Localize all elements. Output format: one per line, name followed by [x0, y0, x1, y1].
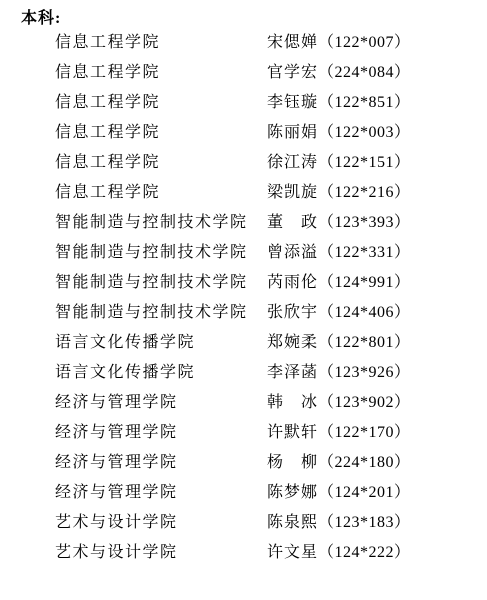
student-name: 芮雨伦 — [267, 273, 318, 293]
name-group: 许默轩（122*170） — [267, 423, 411, 443]
student-name: 董 政 — [267, 213, 318, 233]
name-group: 曾添溢（122*331） — [267, 243, 411, 263]
name-group: 徐江涛（122*151） — [267, 153, 411, 173]
college-name: 艺术与设计学院 — [55, 543, 178, 563]
name-group: 李钰璇（122*851） — [267, 93, 411, 113]
student-id: （122*003） — [318, 124, 411, 141]
student-id: （124*991） — [318, 274, 411, 291]
college-name: 信息工程学院 — [55, 63, 160, 83]
roster-row: 经济与管理学院 陈梦娜（124*201） — [0, 481, 487, 511]
name-group: 陈丽娟（122*003） — [267, 123, 411, 143]
college-name: 信息工程学院 — [55, 153, 160, 173]
roster-row: 艺术与设计学院 许文星（124*222） — [0, 541, 487, 571]
student-name: 李钰璇 — [267, 93, 318, 113]
roster-row: 信息工程学院 徐江涛（122*151） — [0, 151, 487, 181]
roster-row: 信息工程学院 官学宏（224*084） — [0, 61, 487, 91]
student-id: （124*222） — [318, 544, 411, 561]
name-group: 郑婉柔（122*801） — [267, 333, 411, 353]
college-name: 智能制造与控制技术学院 — [55, 303, 248, 323]
college-name: 智能制造与控制技术学院 — [55, 213, 248, 233]
student-name: 官学宏 — [267, 63, 318, 83]
college-name: 语言文化传播学院 — [55, 363, 195, 383]
student-name: 曾添溢 — [267, 243, 318, 263]
name-group: 陈泉熙（123*183） — [267, 513, 411, 533]
name-group: 许文星（124*222） — [267, 543, 411, 563]
name-group: 梁凯旋（122*216） — [267, 183, 411, 203]
student-id: （122*170） — [318, 424, 411, 441]
student-name: 许默轩 — [267, 423, 318, 443]
roster-row: 经济与管理学院 许默轩（122*170） — [0, 421, 487, 451]
college-name: 信息工程学院 — [55, 33, 160, 53]
student-name: 陈丽娟 — [267, 123, 318, 143]
roster-row: 经济与管理学院 韩 冰（123*902） — [0, 391, 487, 421]
college-name: 信息工程学院 — [55, 93, 160, 113]
section-title: 本科: — [21, 5, 61, 28]
name-group: 芮雨伦（124*991） — [267, 273, 411, 293]
student-id: （124*201） — [318, 484, 411, 501]
name-group: 杨 柳（224*180） — [267, 453, 411, 473]
student-id: （123*902） — [318, 394, 411, 411]
college-name: 艺术与设计学院 — [55, 513, 178, 533]
name-group: 李泽菡（123*926） — [267, 363, 411, 383]
student-id: （123*926） — [318, 364, 411, 381]
roster-row: 智能制造与控制技术学院 芮雨伦（124*991） — [0, 271, 487, 301]
college-name: 经济与管理学院 — [55, 483, 178, 503]
college-name: 智能制造与控制技术学院 — [55, 273, 248, 293]
student-name: 张欣宇 — [267, 303, 318, 323]
student-id: （123*183） — [318, 514, 411, 531]
college-name: 经济与管理学院 — [55, 453, 178, 473]
student-name: 梁凯旋 — [267, 183, 318, 203]
student-name: 郑婉柔 — [267, 333, 318, 353]
roster-row: 智能制造与控制技术学院 曾添溢（122*331） — [0, 241, 487, 271]
roster-row: 语言文化传播学院 李泽菡（123*926） — [0, 361, 487, 391]
student-name: 李泽菡 — [267, 363, 318, 383]
roster-row: 智能制造与控制技术学院 张欣宇（124*406） — [0, 301, 487, 331]
document-page: 本科: 信息工程学院 宋偲婵（122*007） 信息工程学院 官学宏（224*0… — [0, 0, 487, 600]
student-id: （124*406） — [318, 304, 411, 321]
student-id: （122*007） — [318, 34, 411, 51]
college-name: 经济与管理学院 — [55, 393, 178, 413]
student-id: （122*151） — [318, 154, 411, 171]
student-id: （122*216） — [318, 184, 411, 201]
roster-row: 智能制造与控制技术学院 董 政（123*393） — [0, 211, 487, 241]
college-name: 信息工程学院 — [55, 123, 160, 143]
roster-row: 信息工程学院 陈丽娟（122*003） — [0, 121, 487, 151]
roster-row: 信息工程学院 梁凯旋（122*216） — [0, 181, 487, 211]
roster-row: 信息工程学院 李钰璇（122*851） — [0, 91, 487, 121]
student-name: 宋偲婵 — [267, 33, 318, 53]
student-name: 陈梦娜 — [267, 483, 318, 503]
roster-row: 语言文化传播学院 郑婉柔（122*801） — [0, 331, 487, 361]
student-name: 陈泉熙 — [267, 513, 318, 533]
college-name: 信息工程学院 — [55, 183, 160, 203]
student-id: （122*851） — [318, 94, 411, 111]
name-group: 董 政（123*393） — [267, 213, 411, 233]
student-id: （123*393） — [318, 214, 411, 231]
name-group: 宋偲婵（122*007） — [267, 33, 411, 53]
name-group: 韩 冰（123*902） — [267, 393, 411, 413]
student-name: 韩 冰 — [267, 393, 318, 413]
roster-row: 艺术与设计学院 陈泉熙（123*183） — [0, 511, 487, 541]
student-name: 杨 柳 — [267, 453, 318, 473]
student-id: （122*801） — [318, 334, 411, 351]
name-group: 陈梦娜（124*201） — [267, 483, 411, 503]
college-name: 语言文化传播学院 — [55, 333, 195, 353]
roster-row: 经济与管理学院 杨 柳（224*180） — [0, 451, 487, 481]
college-name: 经济与管理学院 — [55, 423, 178, 443]
name-group: 官学宏（224*084） — [267, 63, 411, 83]
roster-row: 信息工程学院 宋偲婵（122*007） — [0, 31, 487, 61]
name-group: 张欣宇（124*406） — [267, 303, 411, 323]
student-id: （122*331） — [318, 244, 411, 261]
student-name: 许文星 — [267, 543, 318, 563]
student-id: （224*084） — [318, 64, 411, 81]
college-name: 智能制造与控制技术学院 — [55, 243, 248, 263]
roster-list: 信息工程学院 宋偲婵（122*007） 信息工程学院 官学宏（224*084） … — [0, 31, 487, 571]
student-name: 徐江涛 — [267, 153, 318, 173]
student-id: （224*180） — [318, 454, 411, 471]
